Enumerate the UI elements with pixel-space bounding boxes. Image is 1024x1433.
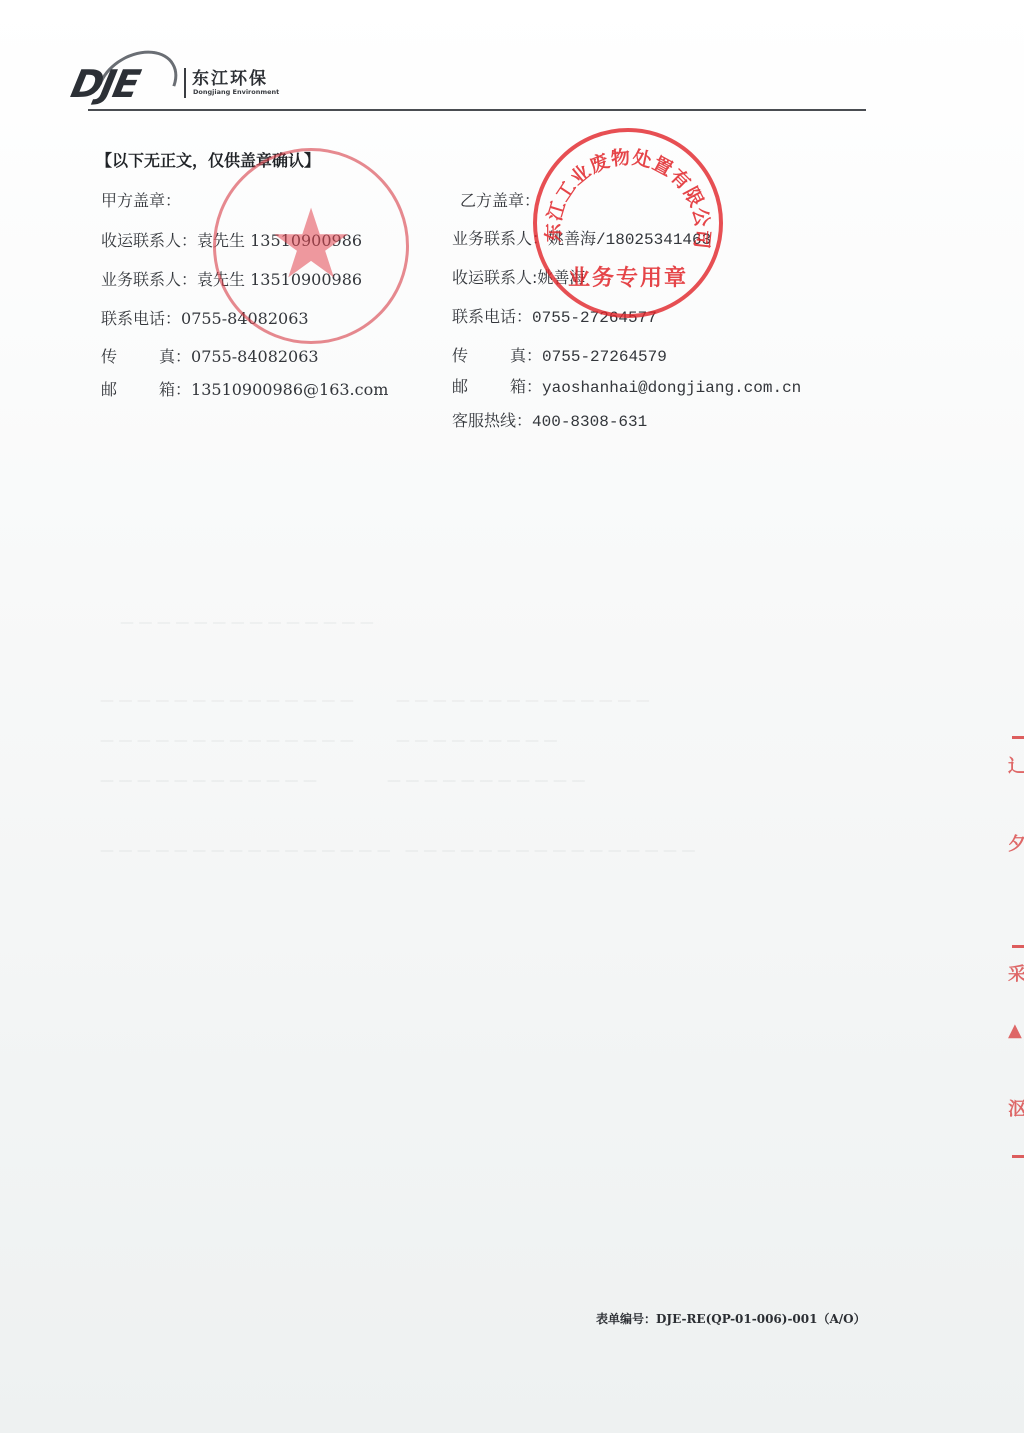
party-a-phone: 联系电话：0755-84082063 [101, 306, 309, 329]
show-through-text: — — — — — — — — — — — — — — [120, 615, 374, 631]
document-page: DJE 东江环保 Dongjiang Environment 【以下无正文，仅供… [0, 0, 1024, 1433]
party-b-email: 邮箱：yaoshanhai@dongjiang.com.cn [452, 374, 801, 397]
show-through-text: — — — — — — — — — — — — — — — — — — — — … [100, 840, 696, 860]
party-a-fax: 传真：0755-84082063 [101, 344, 319, 367]
party-a-business-contact: 业务联系人：袁先生 13510900986 [101, 267, 362, 290]
logo-chinese-name: 东江环保 [192, 64, 268, 89]
show-through-text: — — — — — — — — — — — — — — — — — — — — … [100, 730, 557, 750]
party-b-phone: 联系电话：0755-27264577 [452, 304, 657, 327]
company-logo: DJE 东江环保 Dongjiang Environment [72, 56, 282, 106]
seal-notice: 【以下无正文，仅供盖章确认】 [96, 148, 320, 171]
party-b-business-contact: 业务联系人：姚善海/18025341463 [452, 226, 711, 249]
party-b-seal-label: 乙方盖章： [460, 188, 540, 211]
show-through-text: — — — — — — — — — — — — — — — — — — — — … [100, 690, 650, 710]
party-a-email: 邮箱：13510900986@163.com [101, 377, 388, 400]
party-a-pickup-contact: 收运联系人：袁先生 13510900986 [101, 228, 362, 251]
party-a-seal-label: 甲方盖章： [101, 188, 181, 211]
logo-divider [184, 68, 186, 98]
party-b-pickup-contact: 收运联系人:姚善海 [452, 265, 585, 288]
seal-purpose-text: 业务专用章 [568, 261, 688, 292]
header-divider [88, 109, 866, 111]
show-through-text: — — — — — — — — — — — — — — — — — — — — … [100, 770, 585, 790]
form-number: 表单编号：DJE-RE(QP-01-006)-001（A/O） [596, 1310, 866, 1327]
party-b-hotline: 客服热线：400-8308-631 [452, 408, 647, 431]
logo-english-name: Dongjiang Environment [193, 88, 279, 96]
cross-page-seal-fragment: 辶 夕 采 ▲ 沤 [1004, 700, 1024, 1160]
party-b-company-seal: 东江工业废物处置有限公司 业务专用章 [533, 128, 723, 318]
logo-mark: DJE [67, 62, 142, 106]
party-b-fax: 传真：0755-27264579 [452, 343, 667, 366]
